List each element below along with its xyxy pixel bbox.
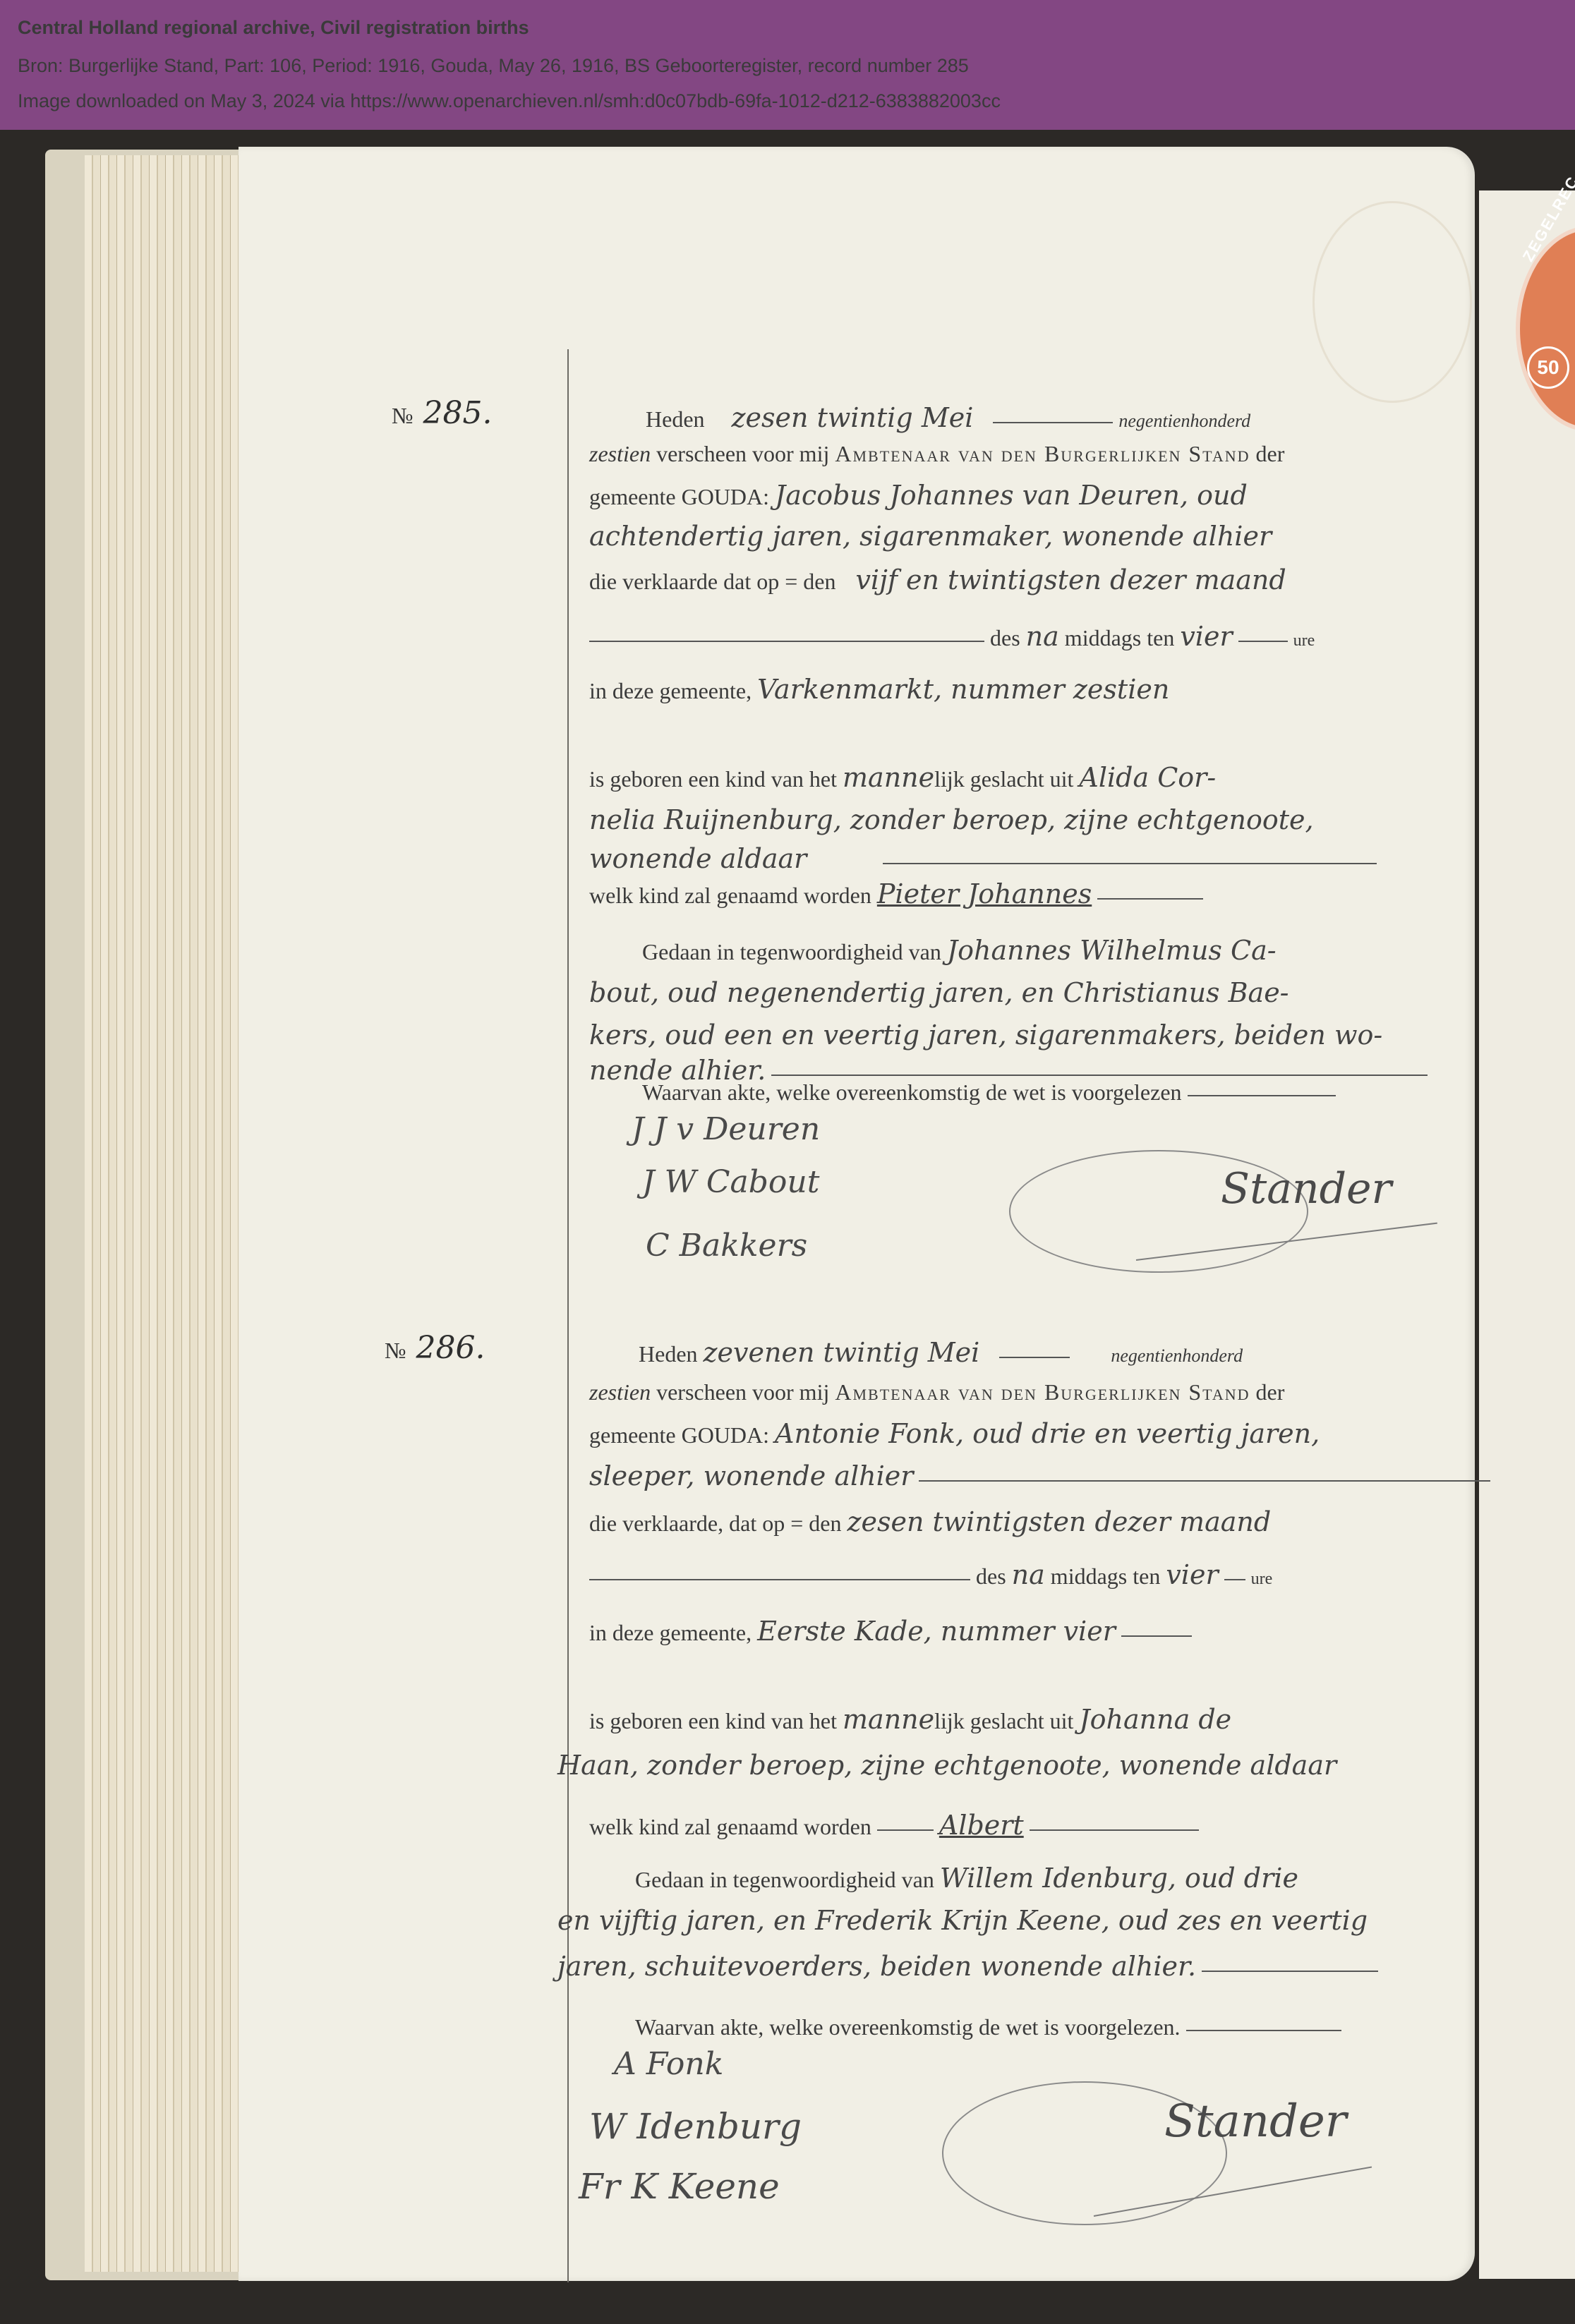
- facing-page: [1479, 190, 1575, 2279]
- signature-witness-2: C Bakkers: [646, 1228, 807, 1264]
- signature-official: Stander: [1221, 1164, 1392, 1214]
- signature-witness-1: J W Cabout: [642, 1164, 819, 1200]
- margin-rule: [567, 349, 569, 2282]
- signature-declarant: J J v Deuren: [632, 1111, 820, 1147]
- record-number-285: №285.: [392, 395, 493, 431]
- signature-official: Stander: [1164, 2095, 1346, 2148]
- archive-banner: Central Holland regional archive, Civil …: [0, 0, 1575, 130]
- embossed-seal-icon: [1312, 201, 1472, 403]
- record-line: Heden zesen twintig Mei negentienhonderd: [589, 402, 1464, 433]
- page-edges: [85, 155, 239, 2272]
- signature-witness-2: Fr K Keene: [579, 2166, 780, 2207]
- signature-declarant: A Fonk: [614, 2046, 723, 2082]
- signature-witness-1: W Idenburg: [589, 2106, 802, 2147]
- banner-title: Central Holland regional archive, Civil …: [18, 17, 893, 39]
- record-number-286: №286.: [385, 1330, 485, 1366]
- banner-source: Bron: Burgerlijke Stand, Part: 106, Peri…: [18, 55, 893, 77]
- banner-download-info: Image downloaded on May 3, 2024 via http…: [18, 90, 893, 112]
